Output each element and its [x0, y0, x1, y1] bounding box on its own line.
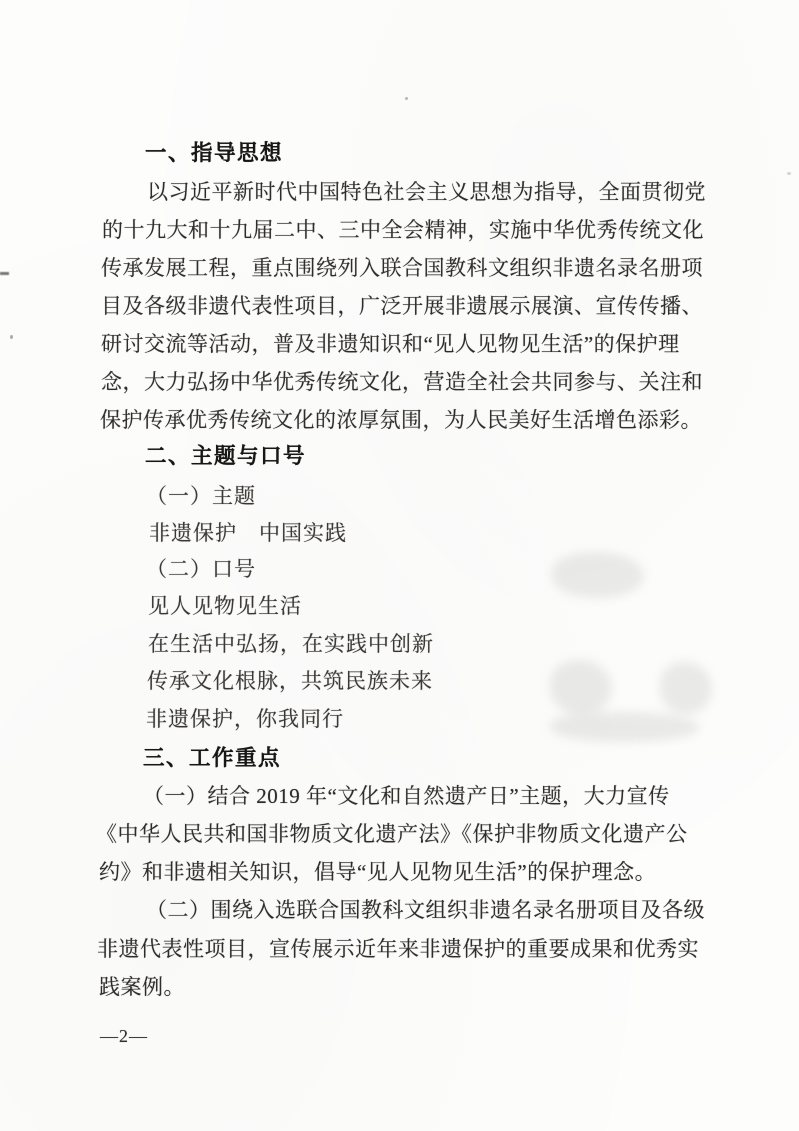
text-line: 约》和非遗相关知识，倡导“见人见物见生活”的保护理念。 — [99, 859, 656, 885]
text-line: （二）围绕入选联合国教科文组织非遗名录名册项目及各级 — [146, 897, 705, 923]
text-line: 见人见物见生活 — [148, 593, 302, 619]
text-line: 《中华人民共和国非物质文化遗产法》《保护非物质文化遗产公 — [96, 821, 688, 847]
bleedthrough-smudge — [550, 712, 700, 742]
scan-edge-artifact — [0, 272, 9, 275]
text-line: 非遗保护，你我同行 — [146, 706, 344, 732]
bleedthrough-smudge — [552, 552, 644, 598]
text-line: 的十九大和十九届二中、三中全会精神，实施中华优秀传统文化 — [102, 217, 704, 243]
text-line: 二、主题与口号 — [145, 443, 306, 469]
text-line: 目及各级非遗代表性项目，广泛开展非遗展示展演、宣传传播、 — [101, 293, 703, 319]
scan-speck — [10, 335, 13, 339]
text-line: 三、工作重点 — [143, 745, 281, 771]
text-line: 传承发展工程，重点围绕列入联合国教科文组织非遗名录名册项 — [101, 255, 703, 281]
text-line: （一）主题 — [146, 483, 256, 509]
text-line: 践案例。 — [99, 974, 185, 1000]
bleedthrough-smudge — [550, 660, 612, 714]
scanned-document-page: 一、指导思想以习近平新时代中国特色社会主义思想为指导，全面贯彻党的十九大和十九届… — [0, 0, 799, 1131]
text-line: （一）结合 2019 年“文化和自然遗产日”主题，大力宣传 — [143, 783, 670, 809]
scan-speck — [787, 172, 791, 175]
text-line: 一、指导思想 — [145, 140, 283, 166]
text-line: 以习近平新时代中国特色社会主义思想为指导，全面贯彻党 — [147, 179, 706, 205]
text-line: 非遗保护 中国实践 — [149, 520, 347, 546]
text-line: 保护传承优秀传统文化的浓厚氛围，为人民美好生活增色添彩。 — [100, 407, 702, 433]
text-line: 在生活中弘扬，在实践中创新 — [148, 631, 434, 657]
text-line: （二）口号 — [146, 556, 256, 582]
text-line: 非遗代表性项目，宣传展示近年来非遗保护的重要成果和优秀实 — [97, 936, 699, 962]
text-line: 念，大力弘扬中华优秀传统文化，营造全社会共同参与、关注和 — [101, 369, 703, 395]
bleedthrough-smudge — [660, 662, 712, 714]
scan-speck — [405, 97, 408, 100]
text-line: 研讨交流等活动，普及非遗知识和“见人见物见生活”的保护理 — [101, 331, 680, 357]
text-line: 传承文化根脉，共筑民族未来 — [147, 668, 433, 694]
page-number: —2— — [100, 1026, 148, 1047]
